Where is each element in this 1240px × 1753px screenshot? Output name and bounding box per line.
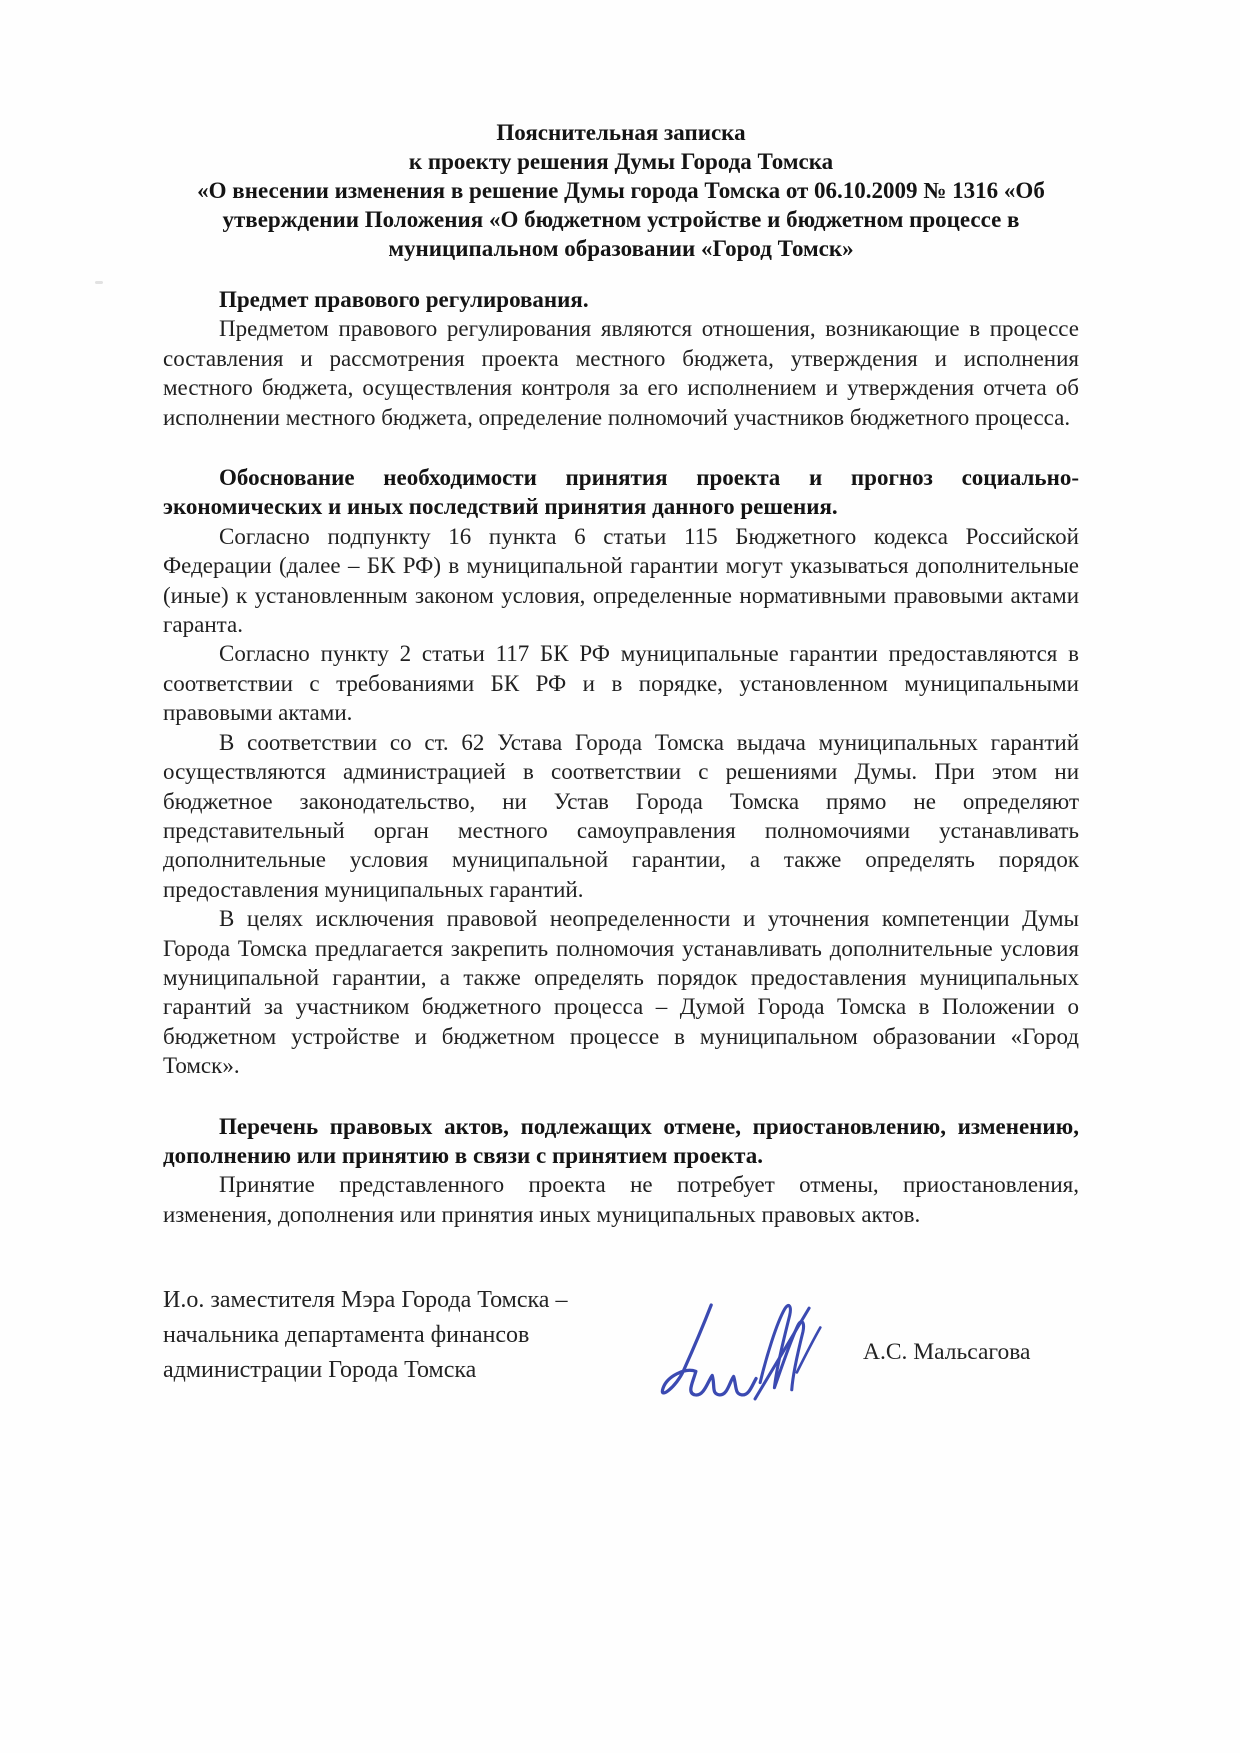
paragraph: В соответствии со ст. 62 Устава Города Т…	[163, 728, 1079, 904]
document-page: Пояснительная записка к проекту решения …	[0, 0, 1240, 1753]
signature-block: И.о. заместителя Мэра Города Томска – на…	[163, 1283, 1079, 1453]
paragraph: Согласно подпункту 16 пункта 6 статьи 11…	[163, 522, 1079, 640]
paragraph: Предметом правового регулирования являют…	[163, 314, 1079, 432]
signatory-position-line: начальника департамента финансов	[163, 1318, 567, 1353]
signatory-name: А.С. Мальсагова	[863, 1339, 1030, 1366]
paragraph: В целях исключения правовой неопределенн…	[163, 904, 1079, 1080]
section-heading: Предмет правового регулирования.	[163, 285, 1079, 314]
handwritten-signature-icon	[655, 1301, 851, 1403]
section-justification: Обоснование необходимости принятия проек…	[163, 463, 1079, 1081]
scan-artifact	[95, 281, 103, 284]
section-subject-of-regulation: Предмет правового регулирования. Предмет…	[163, 285, 1079, 432]
signatory-position: И.о. заместителя Мэра Города Томска – на…	[163, 1283, 567, 1388]
title-line-2: к проекту решения Думы Города Томска	[409, 149, 833, 174]
title-line-3: «О внесении изменения в решение Думы гор…	[197, 178, 1045, 261]
signatory-position-line: администрации Города Томска	[163, 1353, 567, 1388]
section-heading: Обоснование необходимости принятия проек…	[163, 463, 1079, 522]
title-line-1: Пояснительная записка	[496, 120, 745, 145]
document-content: Пояснительная записка к проекту решения …	[163, 118, 1079, 1229]
document-title: Пояснительная записка к проекту решения …	[163, 118, 1079, 263]
section-heading: Перечень правовых актов, подлежащих отме…	[163, 1112, 1079, 1171]
signatory-position-line: И.о. заместителя Мэра Города Томска –	[163, 1283, 567, 1318]
paragraph: Согласно пункту 2 статьи 117 БК РФ муниц…	[163, 639, 1079, 727]
paragraph: Принятие представленного проекта не потр…	[163, 1170, 1079, 1229]
section-list-of-acts: Перечень правовых актов, подлежащих отме…	[163, 1112, 1079, 1230]
